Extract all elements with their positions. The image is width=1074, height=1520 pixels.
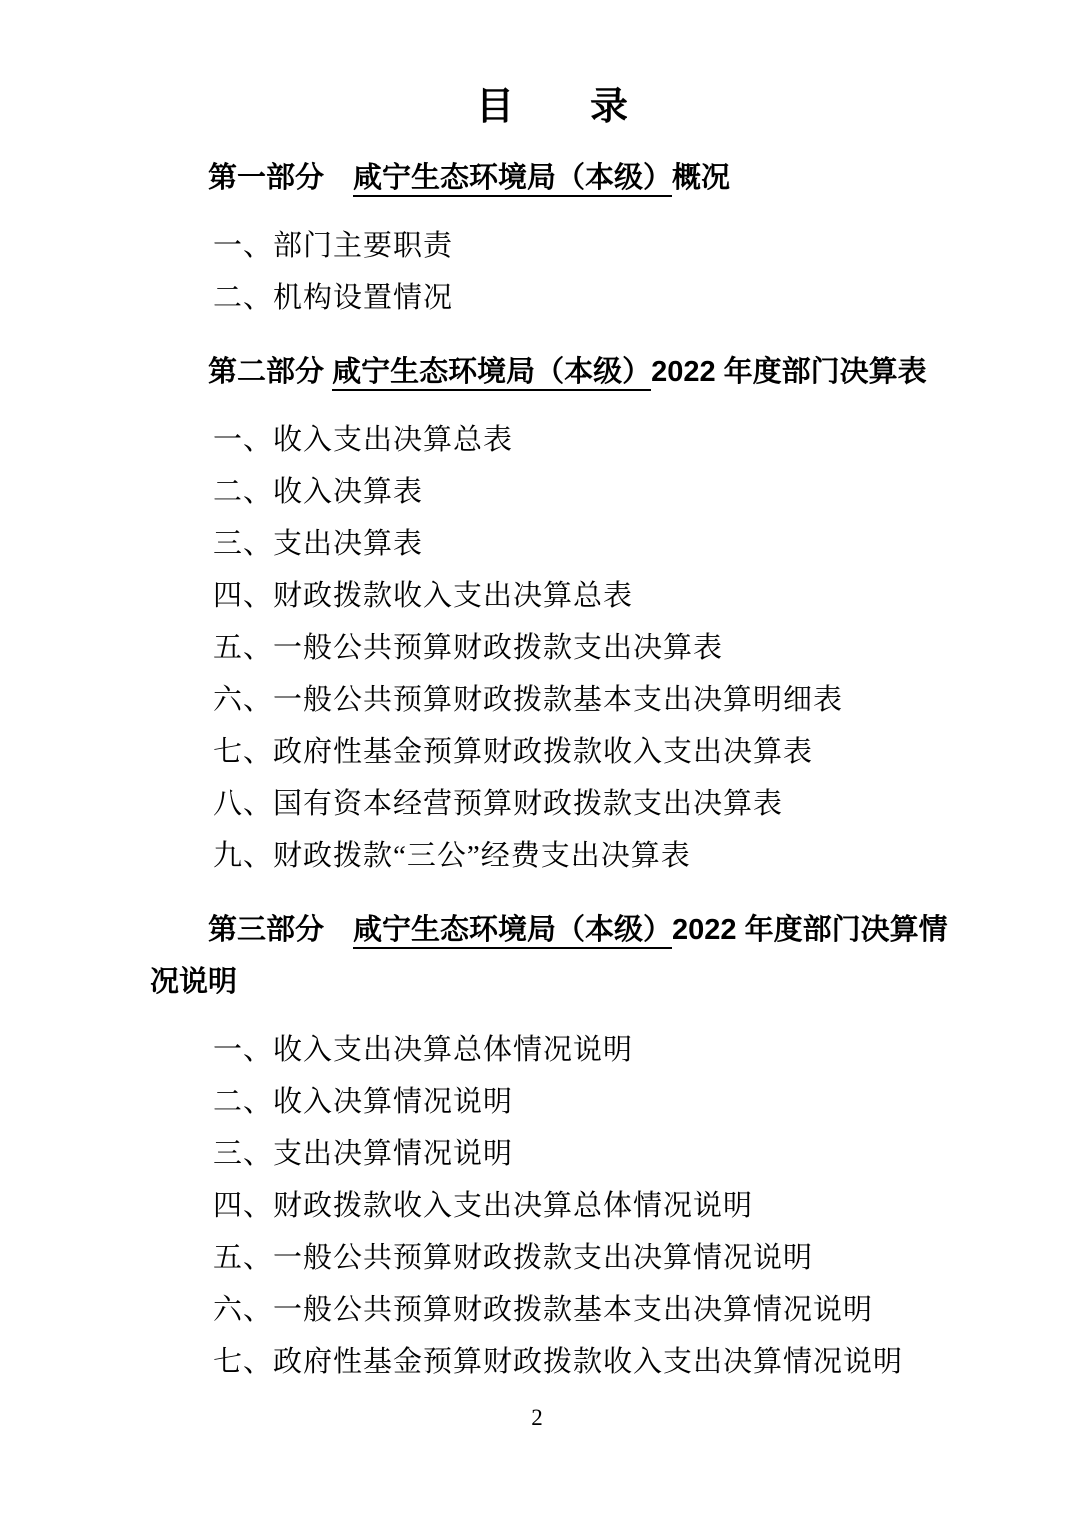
org-name-underlined: 咸宁生态环境局（本级） [353,162,672,197]
toc-item: 二、机构设置情况 [213,272,954,324]
document-page: 目 录 第一部分 咸宁生态环境局（本级）概况 一、部门主要职责二、机构设置情况 … [0,0,1074,1520]
toc-item: 一、收入支出决算总表 [213,414,954,466]
toc-item: 六、一般公共预算财政拨款基本支出决算情况说明 [213,1284,954,1336]
toc-item: 五、一般公共预算财政拨款支出决算情况说明 [213,1232,954,1284]
toc-section: 第二部分 咸宁生态环境局（本级）2022 年度部门决算表 一、收入支出决算总表二… [150,346,954,882]
org-name-underlined: 咸宁生态环境局（本级） [353,914,672,949]
toc-item: 二、收入决算表 [213,466,954,518]
toc-item: 二、收入决算情况说明 [213,1076,954,1128]
section-heading: 第一部分 咸宁生态环境局（本级）概况 [150,152,954,204]
toc-item: 七、政府性基金预算财政拨款收入支出决算表 [213,726,954,778]
toc-item: 八、国有资本经营预算财政拨款支出决算表 [213,778,954,830]
toc-item-list: 一、部门主要职责二、机构设置情况 [150,220,954,324]
section-heading: 第二部分 咸宁生态环境局（本级）2022 年度部门决算表 [150,346,954,398]
section-part-label: 第三部分 [208,914,353,946]
toc-item-list: 一、收入支出决算总表二、收入决算表三、支出决算表四、财政拨款收入支出决算总表五、… [150,414,954,882]
toc-item: 三、支出决算表 [213,518,954,570]
section-part-label: 第二部分 [208,356,332,388]
section-part-label: 第一部分 [208,162,353,194]
section-heading: 第三部分 咸宁生态环境局（本级）2022 年度部门决算情况说明 [150,904,954,1008]
toc-section: 第三部分 咸宁生态环境局（本级）2022 年度部门决算情况说明 一、收入支出决算… [150,904,954,1388]
page-title: 目 录 [150,84,954,130]
toc-item-list: 一、收入支出决算总体情况说明二、收入决算情况说明三、支出决算情况说明四、财政拨款… [150,1024,954,1388]
toc-item: 六、一般公共预算财政拨款基本支出决算明细表 [213,674,954,726]
toc-item: 五、一般公共预算财政拨款支出决算表 [213,622,954,674]
toc-item: 七、政府性基金预算财政拨款收入支出决算情况说明 [213,1336,954,1388]
toc-item: 一、部门主要职责 [213,220,954,272]
section-heading-suffix: 2022 年度部门决算表 [651,356,927,388]
toc-item: 四、财政拨款收入支出决算总体情况说明 [213,1180,954,1232]
toc-sections-container: 第一部分 咸宁生态环境局（本级）概况 一、部门主要职责二、机构设置情况 第二部分… [150,152,954,1388]
toc-item: 三、支出决算情况说明 [213,1128,954,1180]
page-number: 2 [0,1404,1074,1432]
toc-item: 四、财政拨款收入支出决算总表 [213,570,954,622]
org-name-underlined: 咸宁生态环境局（本级） [332,356,651,391]
toc-item: 一、收入支出决算总体情况说明 [213,1024,954,1076]
toc-section: 第一部分 咸宁生态环境局（本级）概况 一、部门主要职责二、机构设置情况 [150,152,954,324]
section-heading-suffix: 概况 [672,162,730,194]
toc-item: 九、财政拨款“三公”经费支出决算表 [213,830,954,882]
